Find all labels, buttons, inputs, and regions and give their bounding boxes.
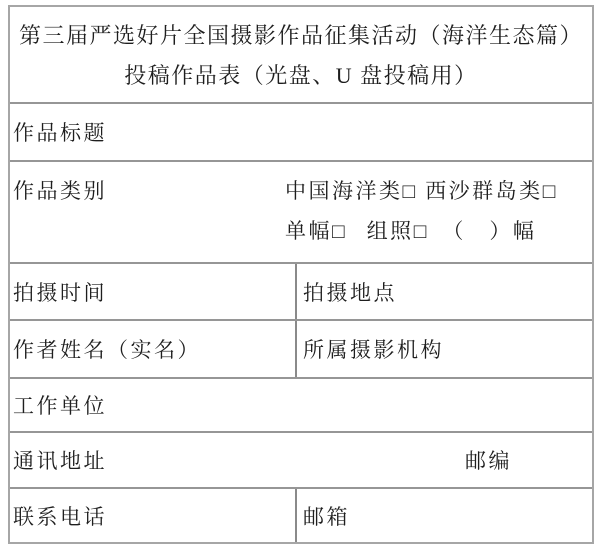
phone-cell: 联系电话: [10, 489, 297, 542]
form-title-line2: 投稿作品表（光盘、U 盘投稿用）: [124, 62, 477, 90]
document-page: 第三届严选好片全国摄影作品征集活动（海洋生态篇） 投稿作品表（光盘、U 盘投稿用…: [0, 0, 600, 551]
shoot-location-cell: 拍摄地点: [297, 264, 592, 319]
phone-label: 联系电话: [10, 501, 107, 531]
submission-form-table: 第三届严选好片全国摄影作品征集活动（海洋生态篇） 投稿作品表（光盘、U 盘投稿用…: [8, 5, 594, 544]
category-options: 中国海洋类□西沙群岛类□ 单幅□组照□（ ）幅: [285, 164, 555, 251]
mail-address-label: 通讯地址: [10, 445, 107, 475]
shoot-time-label: 拍摄时间: [10, 277, 107, 307]
checkbox-china-ocean: □: [403, 179, 416, 203]
photo-org-cell: 所属摄影机构: [297, 321, 592, 377]
row-work-title: 作品标题: [10, 102, 592, 160]
postal-code-label: 邮编: [465, 445, 512, 475]
row-shoot-time-location: 拍摄时间 拍摄地点: [10, 262, 592, 319]
category-options-line2: 单幅□组照□（ ）幅: [285, 211, 555, 251]
form-title-block: 第三届严选好片全国摄影作品征集活动（海洋生态篇） 投稿作品表（光盘、U 盘投稿用…: [10, 7, 592, 102]
photo-org-label: 所属摄影机构: [297, 334, 444, 364]
author-name-label: 作者姓名（实名）: [10, 334, 201, 364]
option-xisha-islands-label: 西沙群岛类: [425, 179, 543, 203]
email-cell: 邮箱: [297, 489, 592, 542]
row-phone-email: 联系电话 邮箱: [10, 487, 592, 542]
category-options-line1: 中国海洋类□西沙群岛类□: [285, 171, 555, 211]
category-label: 作品类别: [10, 179, 107, 203]
option-single-photo-label: 单幅: [285, 219, 332, 243]
category-label-cell: 作品类别: [10, 162, 297, 211]
shoot-location-label: 拍摄地点: [297, 277, 397, 307]
work-unit-label: 工作单位: [10, 390, 107, 420]
shoot-time-cell: 拍摄时间: [10, 264, 297, 319]
email-label: 邮箱: [297, 501, 350, 531]
series-count-blank: （ ）幅: [442, 219, 536, 243]
option-china-ocean-label: 中国海洋类: [285, 179, 403, 203]
checkbox-xisha-islands: □: [543, 179, 556, 203]
form-title-line1: 第三届严选好片全国摄影作品征集活动（海洋生态篇）: [19, 22, 583, 50]
author-name-cell: 作者姓名（实名）: [10, 321, 297, 377]
checkbox-photo-series: □: [414, 219, 427, 243]
row-mail-address: 通讯地址 邮编: [10, 431, 592, 487]
row-work-unit: 工作单位: [10, 377, 592, 431]
work-title-label: 作品标题: [10, 117, 107, 147]
checkbox-single-photo: □: [332, 219, 345, 243]
row-author-org: 作者姓名（实名） 所属摄影机构: [10, 319, 592, 377]
row-category: 作品类别 中国海洋类□西沙群岛类□ 单幅□组照□（ ）幅: [10, 160, 592, 262]
option-photo-series-label: 组照: [367, 219, 414, 243]
